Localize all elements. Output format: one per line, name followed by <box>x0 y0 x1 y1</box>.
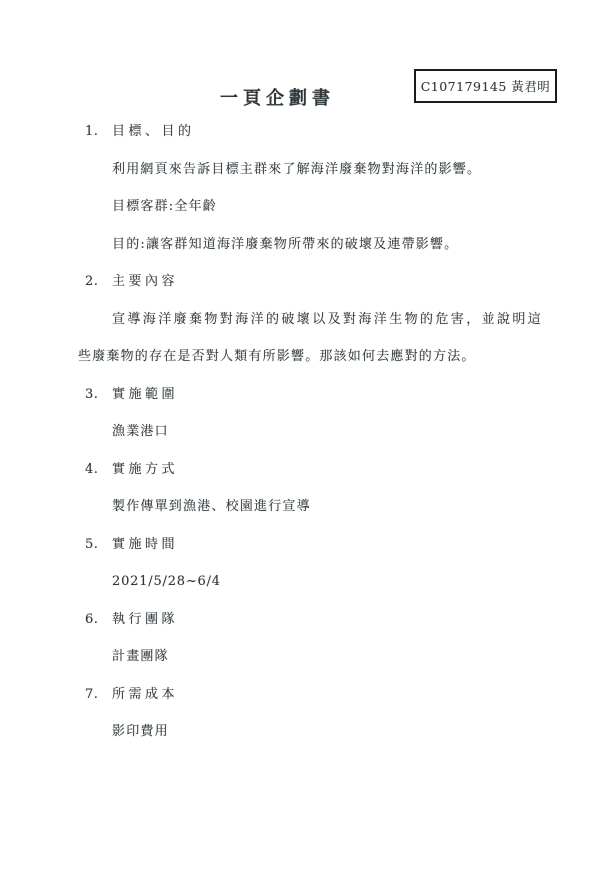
section-2-body-line-1: 宣導海洋廢棄物對海洋的破壞以及對海洋生物的危害，並說明這 <box>0 311 615 349</box>
section-1-label: 目標、目的 <box>112 123 195 161</box>
section-5-label: 實施時間 <box>112 536 178 574</box>
author-id-text: C107179145 黃君明 <box>421 77 551 95</box>
section-5-heading: 5. 實施時間 <box>0 536 615 574</box>
section-3-label: 實施範圍 <box>112 386 178 424</box>
section-4-heading: 4. 實施方式 <box>0 461 615 499</box>
section-7-body-line-1: 影印費用 <box>0 723 615 761</box>
document-content: 1. 目標、目的 利用網頁來告訴目標主群來了解海洋廢棄物對海洋的影響。 目標客群… <box>0 123 615 761</box>
section-3-number: 3. <box>85 386 112 424</box>
section-7-label: 所需成本 <box>112 686 178 724</box>
section-6-label: 執行團隊 <box>112 611 178 649</box>
section-4-label: 實施方式 <box>112 461 178 499</box>
section-1-body-line-2: 目標客群:全年齡 <box>0 198 615 236</box>
section-1-number: 1. <box>85 123 112 161</box>
section-7-number: 7. <box>85 686 112 724</box>
section-6-body-line-1: 計畫團隊 <box>0 648 615 686</box>
section-1-body-line-1: 利用網頁來告訴目標主群來了解海洋廢棄物對海洋的影響。 <box>0 161 615 199</box>
section-1-body-line-3: 目的:讓客群知道海洋廢棄物所帶來的破壞及連帶影響。 <box>0 236 615 274</box>
section-7-heading: 7. 所需成本 <box>0 686 615 724</box>
section-4-body-line-1: 製作傳單到漁港、校園進行宣導 <box>0 498 615 536</box>
section-6-number: 6. <box>85 611 112 649</box>
section-4-number: 4. <box>85 461 112 499</box>
document-page: 一頁企劃書 C107179145 黃君明 1. 目標、目的 利用網頁來告訴目標主… <box>0 0 615 872</box>
section-5-number: 5. <box>85 536 112 574</box>
section-2-label: 主要內容 <box>112 273 178 311</box>
section-3-heading: 3. 實施範圍 <box>0 386 615 424</box>
section-3-body-line-1: 漁業港口 <box>0 423 615 461</box>
section-2-body-line-2: 些廢棄物的存在是否對人類有所影響。那該如何去應對的方法。 <box>0 348 615 386</box>
section-2-number: 2. <box>85 273 112 311</box>
author-id-box: C107179145 黃君明 <box>414 69 557 103</box>
section-1-heading: 1. 目標、目的 <box>0 123 615 161</box>
section-6-heading: 6. 執行團隊 <box>0 611 615 649</box>
section-5-body-line-1: 2021/5/28~6/4 <box>0 573 615 611</box>
section-2-heading: 2. 主要內容 <box>0 273 615 311</box>
